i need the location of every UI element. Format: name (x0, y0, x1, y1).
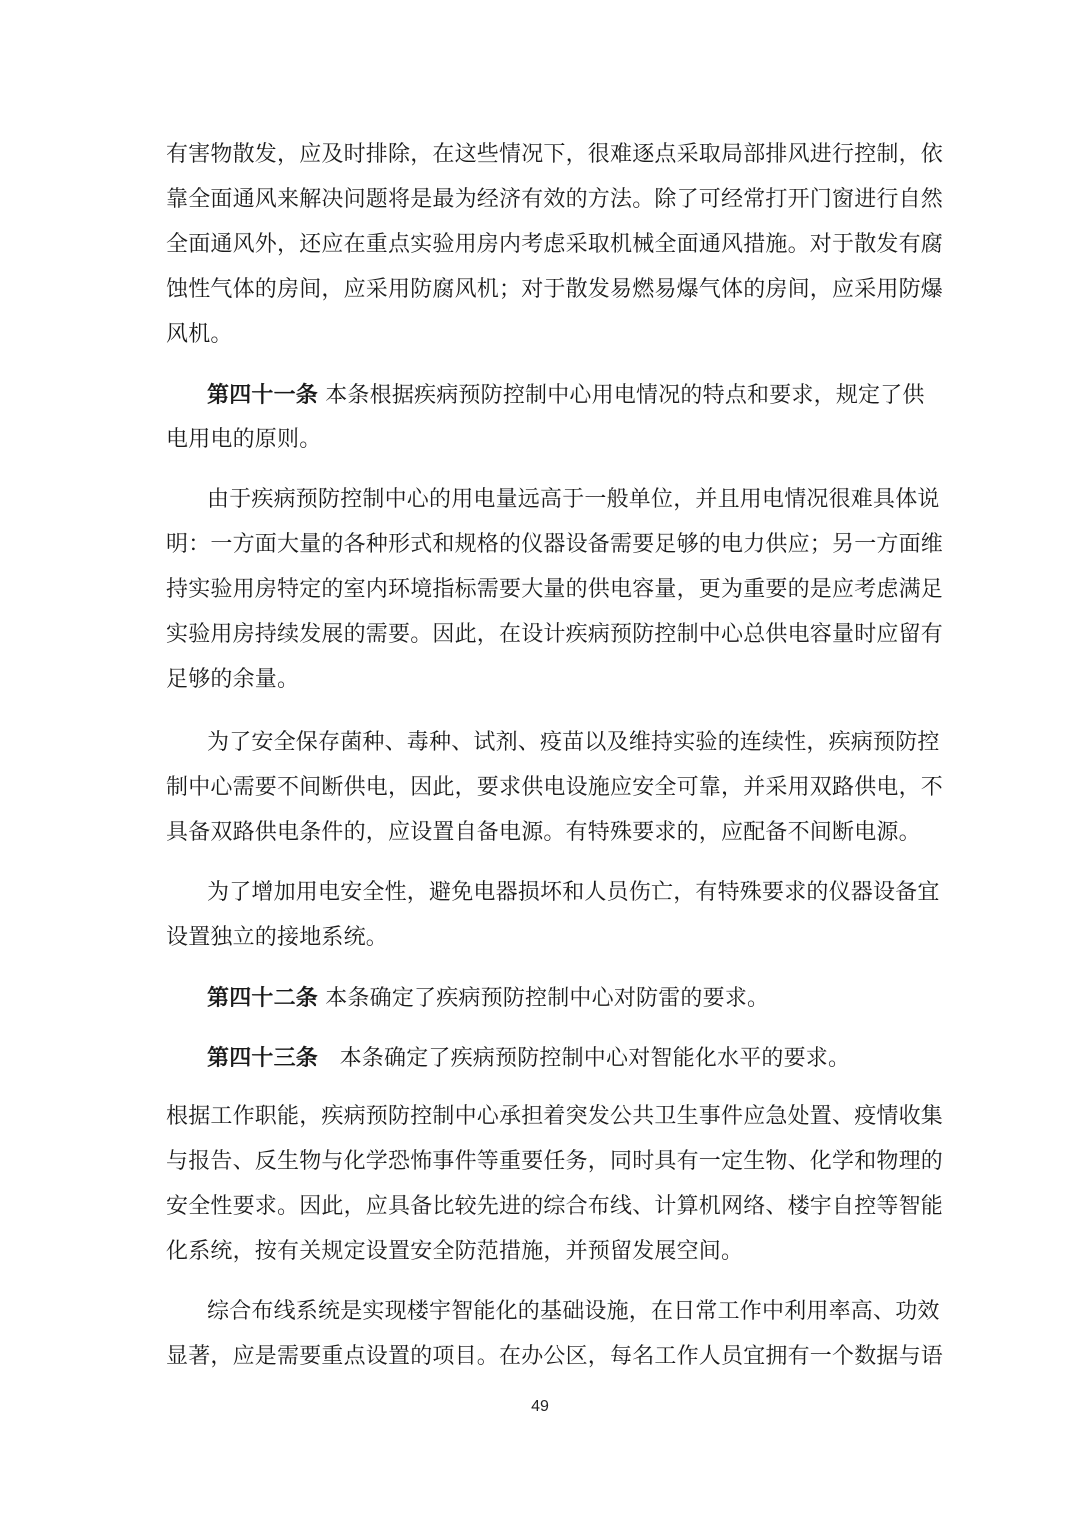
text-line: 有害物散发，应及时排除，在这些情况下，很难逐点采取局部排风进行控制，依 (166, 140, 918, 170)
text-line: 化系统，按有关规定设置安全防范措施，并预留发展空间。 (166, 1237, 918, 1267)
text-line: 为了增加用电安全性，避免电器损坏和人员伤亡，有特殊要求的仪器设备宜 (207, 878, 918, 908)
text-line: 足够的余量。 (166, 665, 918, 695)
article-heading: 第四十二条 (207, 985, 318, 1011)
text-line: 明：一方面大量的各种形式和规格的仪器设备需要足够的电力供应；另一方面维 (166, 530, 918, 560)
document-page: 有害物散发，应及时排除，在这些情况下，很难逐点采取局部排风进行控制，依 靠全面通… (0, 0, 1080, 1527)
text-line: 具备双路供电条件的，应设置自备电源。有特殊要求的，应配备不间断电源。 (166, 818, 918, 848)
text-line: 安全性要求。因此，应具备比较先进的综合布线、计算机网络、楼宇自控等智能 (166, 1192, 918, 1222)
text-line: 根据工作职能，疾病预防控制中心承担着突发公共卫生事件应急处置、疫情收集 (166, 1102, 918, 1132)
text-line: 靠全面通风来解决问题将是最为经济有效的方法。除了可经常打开门窗进行自然 (166, 185, 918, 215)
text-line: 第四十一条 本条根据疾病预防控制中心用电情况的特点和要求，规定了供 (207, 380, 918, 410)
text-line: 制中心需要不间断供电，因此，要求供电设施应安全可靠，并采用双路供电，不 (166, 773, 918, 803)
text-line: 显著，应是需要重点设置的项目。在办公区，每名工作人员宜拥有一个数据与语 (166, 1342, 918, 1372)
article-text: 本条确定了疾病预防控制中心对防雷的要求。 (325, 986, 769, 1011)
text-line: 由于疾病预防控制中心的用电量远高于一般单位，并且用电情况很难具体说 (207, 485, 918, 515)
text-line: 实验用房持续发展的需要。因此，在设计疾病预防控制中心总供电容量时应留有 (166, 620, 918, 650)
text-line: 持实验用房特定的室内环境指标需要大量的供电容量，更为重要的是应考虑满足 (166, 575, 918, 605)
text-line: 综合布线系统是实现楼宇智能化的基础设施，在日常工作中利用率高、功效 (207, 1297, 918, 1327)
text-line: 与报告、反生物与化学恐怖事件等重要任务，同时具有一定生物、化学和物理的 (166, 1147, 918, 1177)
text-line: 设置独立的接地系统。 (166, 923, 918, 953)
page-number: 49 (0, 1398, 1080, 1416)
text-line: 全面通风外，还应在重点实验用房内考虑采取机械全面通风措施。对于散发有腐 (166, 230, 918, 260)
article-text: 本条确定了疾病预防控制中心对智能化水平的要求。 (340, 1046, 851, 1071)
article-text: 本条根据疾病预防控制中心用电情况的特点和要求，规定了供 (325, 383, 924, 408)
text-line: 蚀性气体的房间，应采用防腐风机；对于散发易燃易爆气体的房间，应采用防爆 (166, 275, 918, 305)
article-heading: 第四十三条 (207, 1045, 318, 1071)
text-line: 第四十二条 本条确定了疾病预防控制中心对防雷的要求。 (207, 983, 918, 1013)
text-line: 电用电的原则。 (166, 425, 918, 455)
article-heading: 第四十一条 (207, 382, 318, 408)
text-line: 为了安全保存菌种、毒种、试剂、疫苗以及维持实验的连续性，疾病预防控 (207, 728, 918, 758)
text-line: 第四十三条 本条确定了疾病预防控制中心对智能化水平的要求。 (207, 1043, 918, 1073)
text-line: 风机。 (166, 320, 918, 350)
